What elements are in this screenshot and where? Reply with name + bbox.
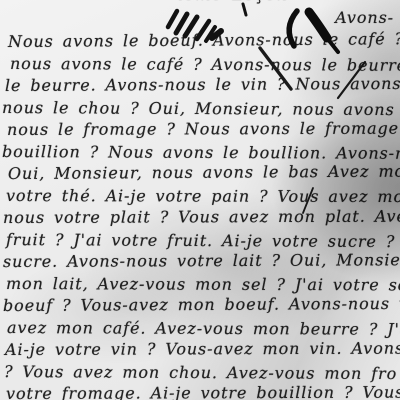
handwritten-line: fruit ? J'ai votre fruit. Ai-je votre su… [6,230,395,251]
handwritten-line: avez mon café. Avez-vous mon beurre ? J'… [7,318,400,339]
handwritten-line: votre thé. Ai-je votre pain ? Vous avez … [6,186,400,206]
handwritten-line: bouillion ? Nous avons le boullion. Avon… [2,142,400,163]
handwritten-line: nous votre plait ? Vous avez mon plat. A… [3,207,400,227]
handwritten-line: ? Vous avez mon chou. Avez-vous mon fro [4,362,397,383]
handwriting-page: ième Leçon Avons- Nous avons le boeuf. A… [0,0,400,400]
handwritten-line: Oui, Monsieur, nous avons le bas Avez mo… [8,162,400,183]
handwritten-line: boeuf ? Vous-avez mon boeuf. Avons-nous … [3,294,400,315]
handwritten-line: Ai-je votre vin ? Vous-avez mon vin. Avo… [5,339,400,359]
handwritten-line: nous le fromage ? Nous avons le fromage.… [7,119,400,139]
handwritten-line: Nous avons le boeuf. Avons-nous le café … [8,29,400,51]
handwritten-opening-fragment: Avons- [335,8,394,27]
handwritten-line: sucre. Avons-nous votre lait ? Oui, Mons… [3,250,400,271]
handwritten-line: le beurre. Avons-nous le vin ? Nous avon… [5,74,400,95]
handwritten-line: nous avons le café ? Avons-nous le beurr… [10,54,400,75]
handwritten-header-fragment: ième Leçon [178,0,288,4]
handwritten-line: nous le chou ? Oui, Monsieur, nous avons [2,98,395,119]
handwritten-line: votre fromage. Ai-je votre bouillion ? V… [6,383,400,400]
handwritten-text-layer: ième Leçon Avons- Nous avons le boeuf. A… [0,0,400,400]
handwritten-line: mon lait, Avez-vous mon sel ? J'ai votre… [6,274,400,294]
